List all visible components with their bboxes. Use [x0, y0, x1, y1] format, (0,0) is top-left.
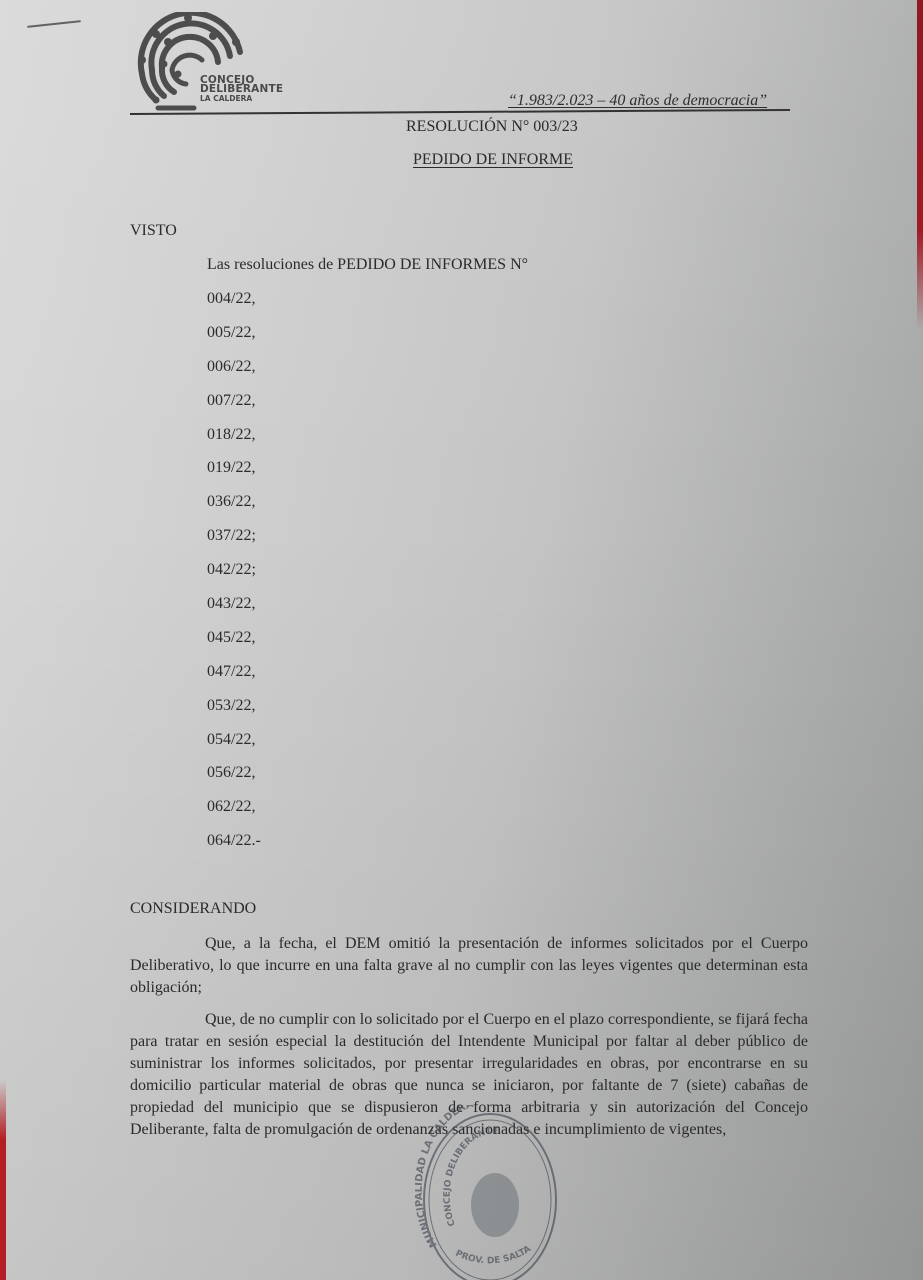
resolution-title: RESOLUCIÓN N° 003/23 [406, 118, 578, 136]
list-item: 018/22, [207, 425, 261, 459]
logo-line-2: DELIBERANTE [200, 85, 283, 94]
visto-intro: Las resoluciones de PEDIDO DE INFORMES N… [207, 256, 528, 274]
considerando-heading: CONSIDERANDO [130, 900, 256, 918]
list-item: 056/22, [207, 763, 261, 797]
list-item: 005/22, [207, 323, 261, 357]
list-item: 064/22.- [207, 831, 261, 865]
reference-list: 004/22, 005/22, 006/22, 007/22, 018/22, … [207, 289, 261, 865]
list-item: 006/22, [207, 357, 261, 391]
list-item: 053/22, [207, 696, 261, 730]
list-item: 045/22, [207, 628, 261, 662]
red-background-edge [0, 1080, 6, 1280]
red-background-edge [917, 0, 923, 330]
stamp-bottom-text: PROV. DE SALTA [454, 1244, 533, 1266]
logo-line-3: LA CALDERA [200, 94, 283, 103]
svg-text:PROV. DE SALTA: PROV. DE SALTA [454, 1244, 533, 1266]
official-seal-stamp: MUNICIPALIDAD LA CALDERA CONCEJO DELIBER… [415, 1105, 565, 1280]
visto-heading: VISTO [130, 222, 177, 240]
list-item: 037/22; [207, 526, 261, 560]
list-item: 042/22; [207, 560, 261, 594]
logo-wordmark: CONCEJO DELIBERANTE LA CALDERA [200, 76, 283, 103]
list-item: 043/22, [207, 594, 261, 628]
considerando-paragraph: Que, a la fecha, el DEM omitió la presen… [130, 933, 808, 999]
list-item: 036/22, [207, 492, 261, 526]
list-item: 007/22, [207, 391, 261, 425]
resolution-subtitle: PEDIDO DE INFORME [413, 151, 573, 169]
list-item: 047/22, [207, 662, 261, 696]
list-item: 019/22, [207, 458, 261, 492]
list-item: 062/22, [207, 797, 261, 831]
list-item: 004/22, [207, 289, 261, 323]
list-item: 054/22, [207, 730, 261, 764]
header-motto: “1.983/2.023 – 40 años de democracia” [508, 92, 767, 110]
